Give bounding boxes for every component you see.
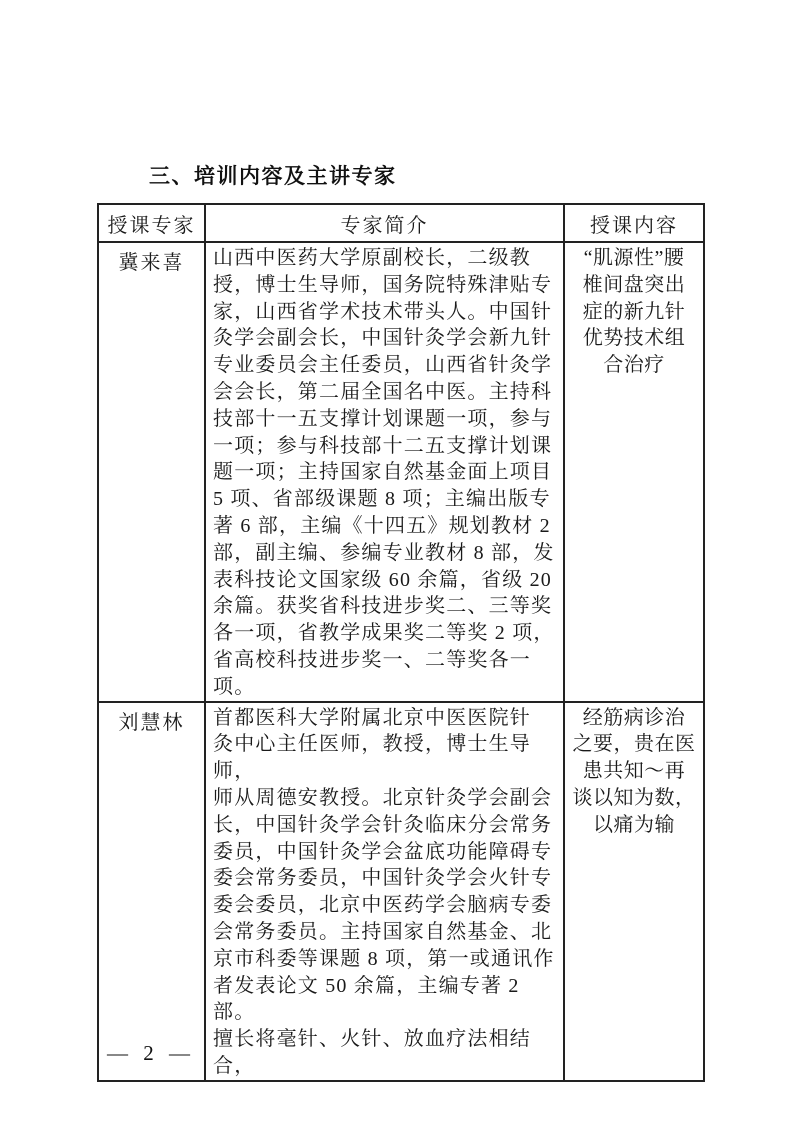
- table-row: 冀来喜 山西中医药大学原副校长，二级教 授，博士生导师，国务院特殊津贴专 家，山…: [98, 242, 704, 702]
- expert-name: 冀来喜: [98, 242, 205, 702]
- page-number: — 2 —: [107, 1041, 190, 1066]
- course-content: 经筋病诊治 之要，贵在医 患共知～再 谈以知为数， 以痛为输: [564, 702, 704, 1081]
- col-header-expert: 授课专家: [98, 204, 205, 242]
- experts-table: 授课专家 专家简介 授课内容 冀来喜 山西中医药大学原副校长，二级教 授，博士生…: [97, 203, 705, 1082]
- table-row: 刘慧林 首都医科大学附属北京中医医院针 灸中心主任医师，教授，博士生导师， 师从…: [98, 702, 704, 1081]
- col-header-content: 授课内容: [564, 204, 704, 242]
- col-header-bio: 专家简介: [205, 204, 564, 242]
- expert-bio: 首都医科大学附属北京中医医院针 灸中心主任医师，教授，博士生导师， 师从周德安教…: [205, 702, 564, 1081]
- course-content: “肌源性”腰 椎间盘突出 症的新九针 优势技术组 合治疗: [564, 242, 704, 702]
- table-header-row: 授课专家 专家简介 授课内容: [98, 204, 704, 242]
- expert-name: 刘慧林: [98, 702, 205, 1081]
- section-heading: 三、培训内容及主讲专家: [149, 160, 397, 190]
- expert-bio: 山西中医药大学原副校长，二级教 授，博士生导师，国务院特殊津贴专 家，山西省学术…: [205, 242, 564, 702]
- document-page: 三、培训内容及主讲专家 授课专家 专家简介 授课内容 冀来喜 山西中医药大学原副…: [0, 0, 800, 1131]
